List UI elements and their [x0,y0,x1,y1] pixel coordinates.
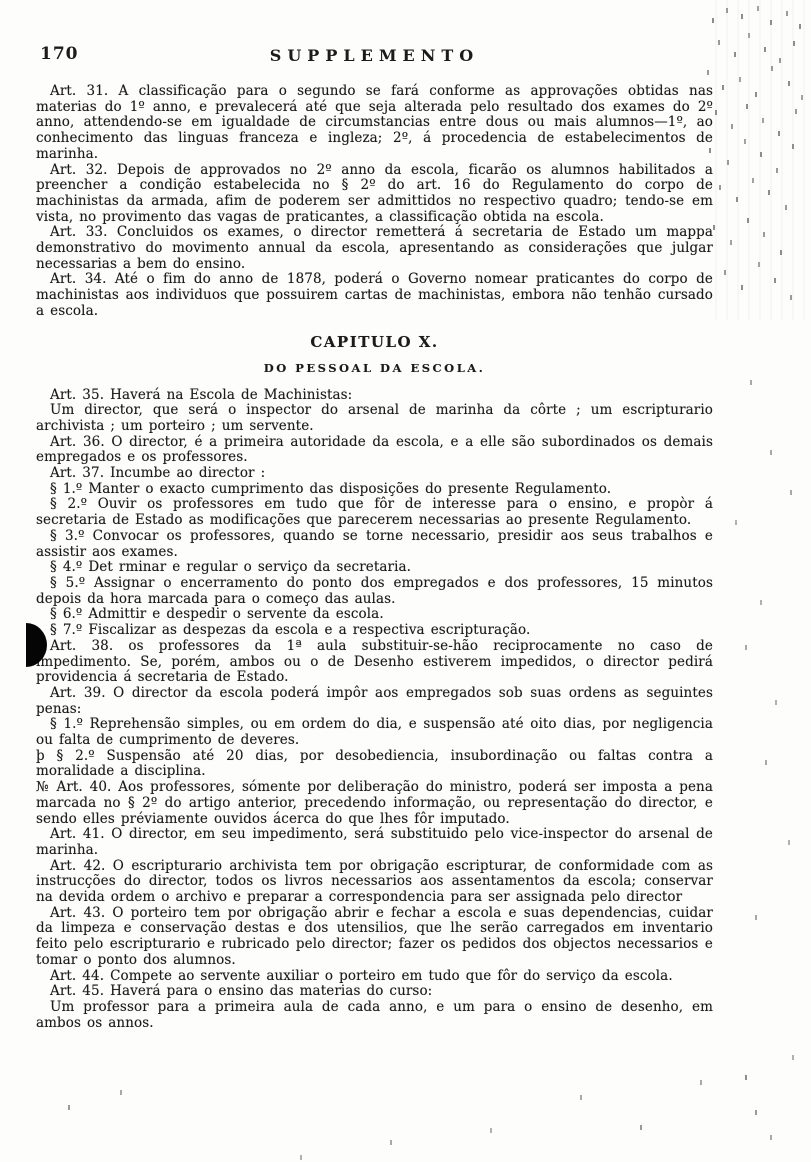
paragraph: Art. 43. O porteiro tem por obrigação ab… [36,906,713,969]
paragraph: Art. 45. Haverá para o ensino das materi… [36,984,713,1000]
paragraph: Art. 32. Depois de approvados no 2º anno… [36,163,713,226]
paragraph: Art. 35. Haverá na Escola de Machinistas… [36,388,713,404]
paragraph: Um director, que será o inspector do ars… [36,403,713,434]
paragraph: № Art. 40. Aos professores, sómente por … [36,780,713,827]
paragraph: § 4.º Det rminar e regular o serviço da … [36,560,713,576]
section-title: DO PESSOAL DA ESCOLA. [36,361,713,375]
scan-margin-streaks [706,0,811,320]
paragraph: Art. 33. Concluidos os exames, o directo… [36,225,713,272]
paragraph: Art. 38. os professores da 1ª aula subst… [36,639,713,686]
paragraph: § 3.º Convocar os professores, quando se… [36,529,713,560]
paragraph: § 5.º Assignar o encerramento do ponto d… [36,576,713,607]
paragraph: Art. 36. O director, é a primeira autori… [36,435,713,466]
paragraph: Art. 41. O director, em seu impedimento,… [36,827,713,858]
paragraph: § 1.º Manter o exacto cumprimento das di… [36,482,713,498]
chapter-title: CAPITULO X. [36,333,713,351]
paragraph: § 2.º Ouvir os professores em tudo que f… [36,497,713,528]
paragraph: § 1.º Reprehensão simples, ou em ordem d… [36,717,713,748]
paragraph: Art. 39. O director da escola poderá imp… [36,686,713,717]
paragraph: Um professor para a primeira aula de cad… [36,1000,713,1031]
paragraph: Art. 34. Até o fim do anno de 1878, pode… [36,272,713,319]
running-header-title: SUPPLEMENTO [36,46,713,65]
paragraph: § 7.º Fiscalizar as despezas da escola e… [36,623,713,639]
scan-noise-speckles [0,0,2,5]
paragraph: § 6.º Admittir e despedir o servente da … [36,607,713,623]
scanned-document-page: 170 SUPPLEMENTO Art. 31. A classificação… [0,0,811,1162]
paragraph: Art. 42. O escripturario archivista tem … [36,859,713,906]
paragraph: Art. 44. Compete ao servente auxiliar o … [36,969,713,985]
paragraph: þ § 2.º Suspensão até 20 dias, por desob… [36,749,713,780]
paragraph: Art. 31. A classificação para o segundo … [36,84,713,163]
paragraph: Art. 37. Incumbe ao director : [36,466,713,482]
document-body: Art. 31. A classificação para o segundo … [36,84,713,1031]
